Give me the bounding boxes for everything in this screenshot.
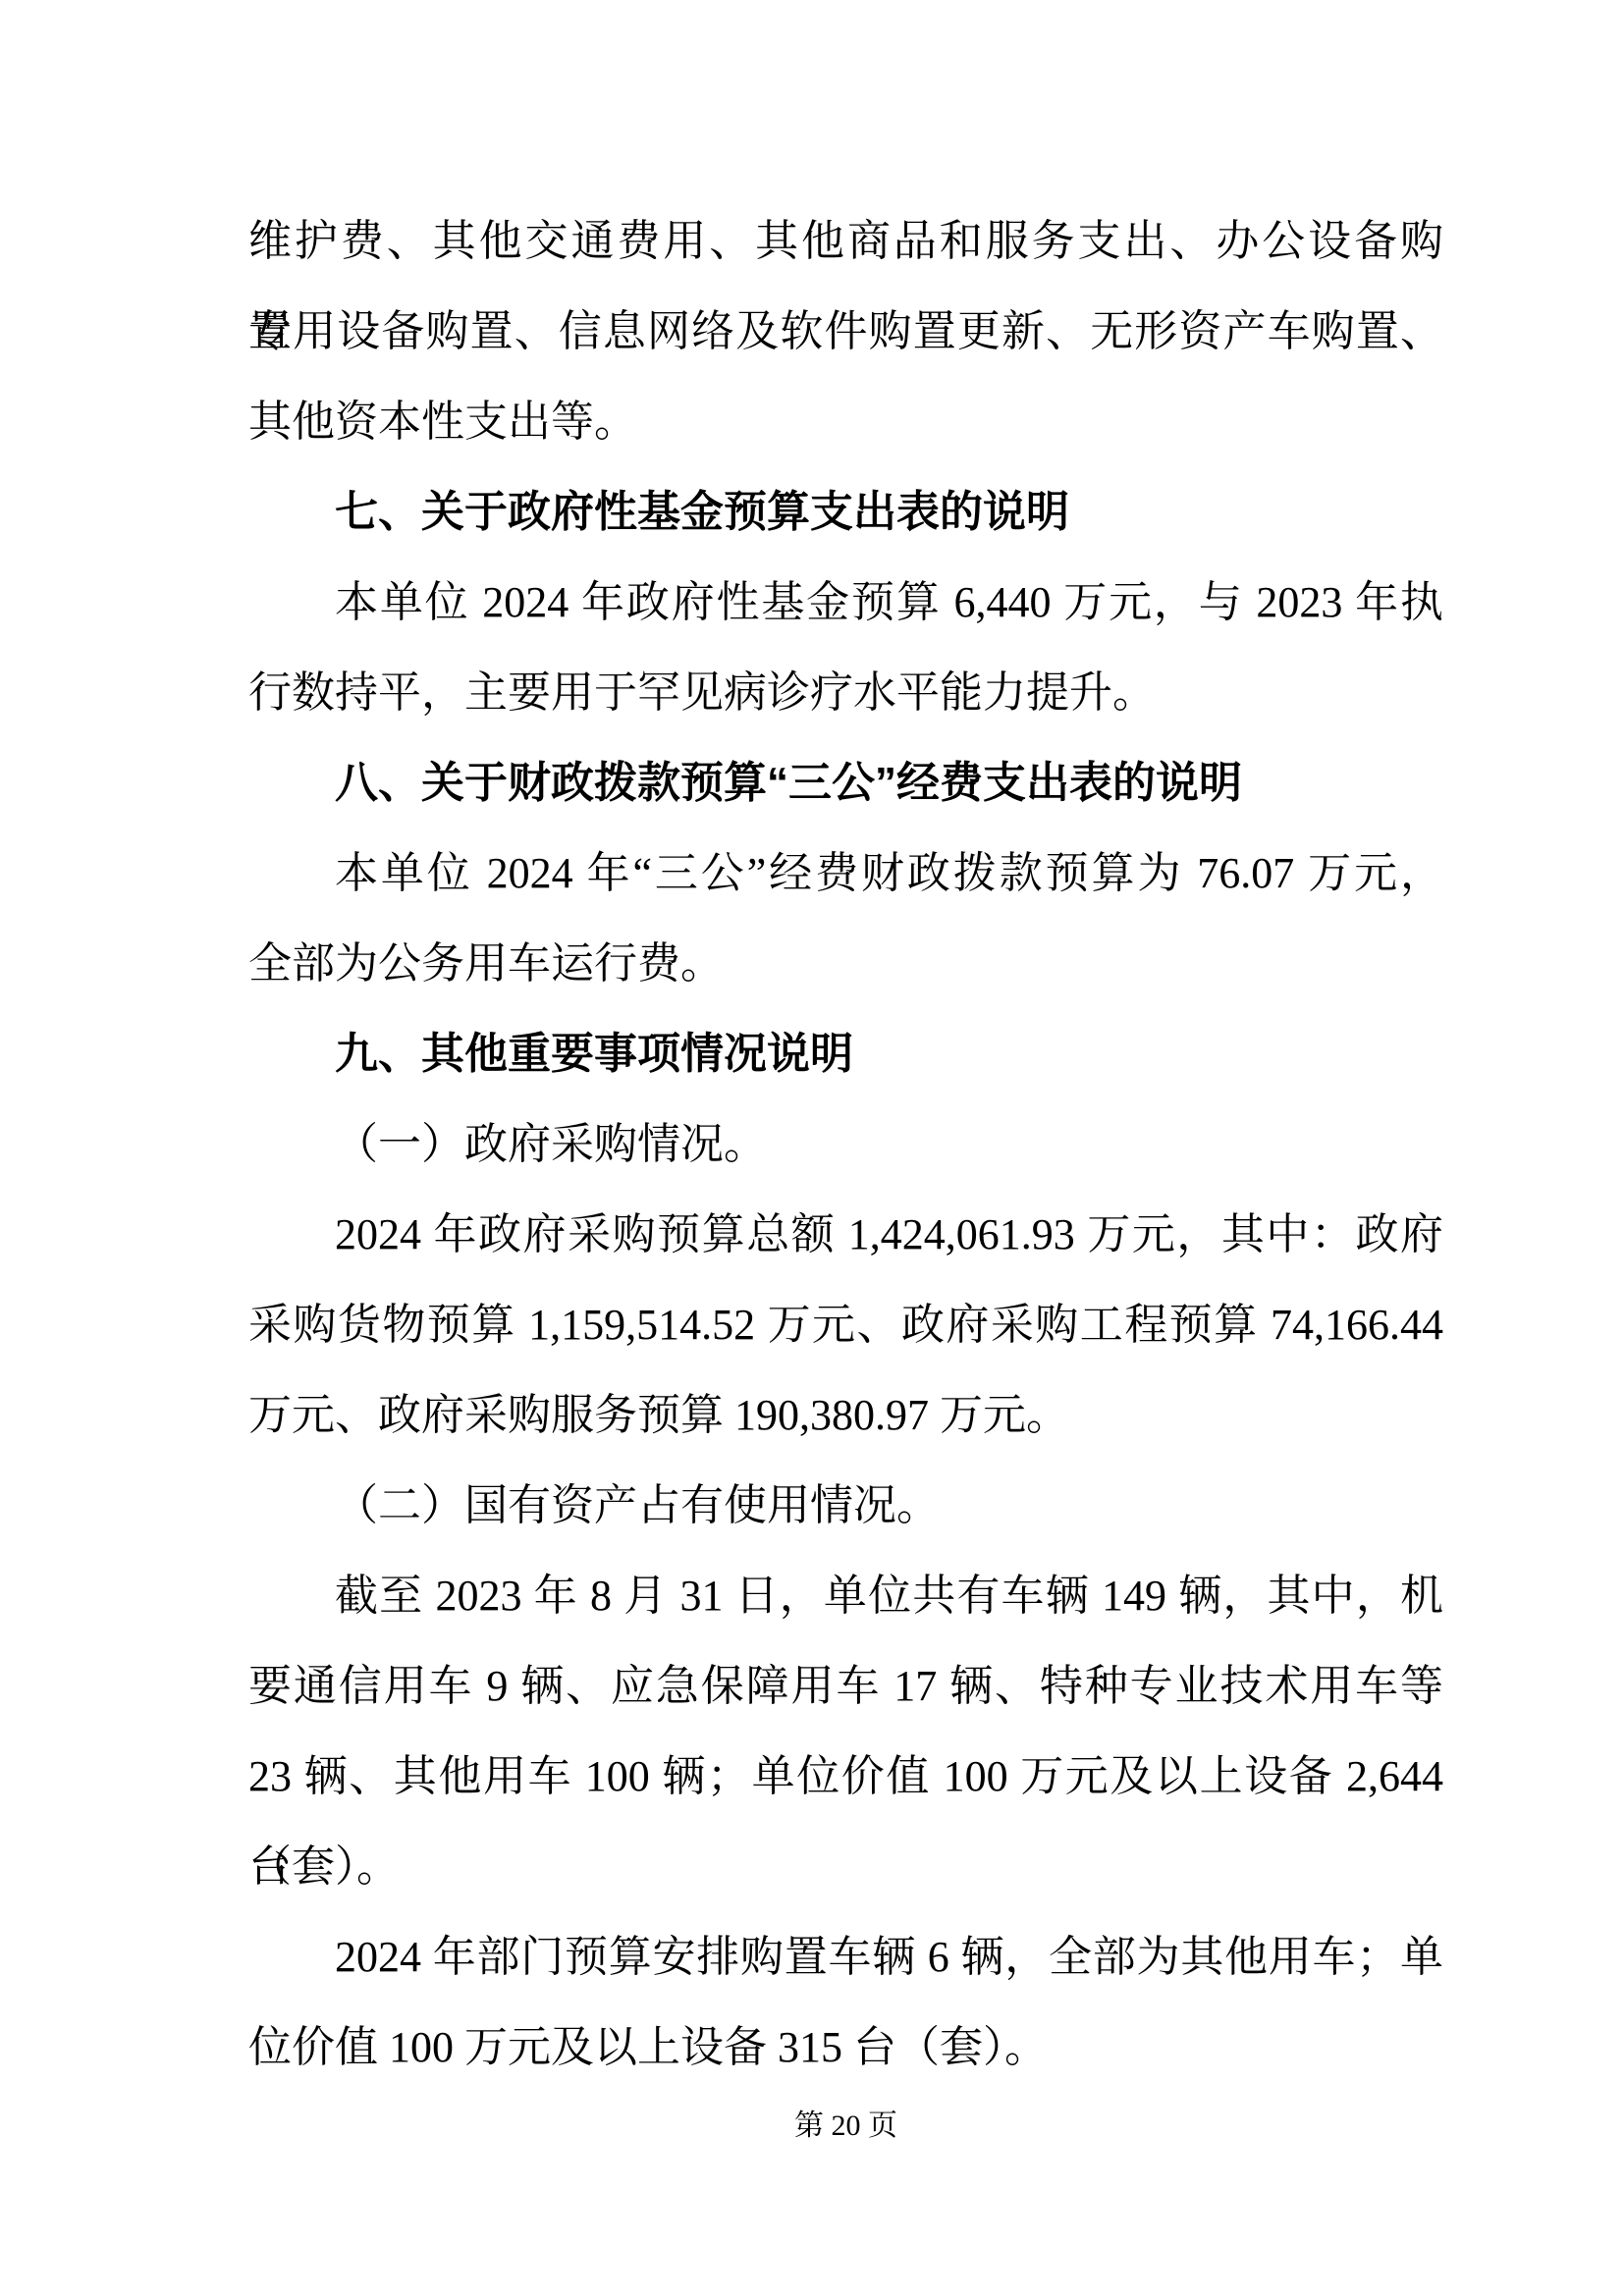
text-line: 本单位 2024 年政府性基金预算 6,440 万元，与 2023 年执 [248, 558, 1443, 648]
text-line: 专用设备购置、信息网络及软件购置更新、无形资产车购置、 [248, 287, 1443, 377]
section-heading: 九、其他重要事项情况说明 [248, 1009, 1443, 1099]
document-page: 维护费、其他交通费用、其他商品和服务支出、办公设备购置、专用设备购置、信息网络及… [0, 0, 1624, 2296]
text-line: 要通信用车 9 辆、应急保障用车 17 辆、特种专业技术用车等 [248, 1641, 1443, 1732]
text-line: 维护费、其他交通费用、其他商品和服务支出、办公设备购置、 [248, 196, 1443, 287]
page-number: 第 20 页 [248, 2107, 1443, 2146]
text-line: （一）政府采购情况。 [248, 1099, 1443, 1190]
section-heading: 七、关于政府性基金预算支出表的说明 [248, 467, 1443, 558]
text-line: 23 辆、其他用车 100 辆；单位价值 100 万元及以上设备 2,644 台 [248, 1732, 1443, 1822]
text-line: 其他资本性支出等。 [248, 377, 1443, 467]
section-heading: 八、关于财政拨款预算“三公”经费支出表的说明 [248, 738, 1443, 828]
text-line: 2024 年部门预算安排购置车辆 6 辆，全部为其他用车；单 [248, 1912, 1443, 2002]
text-block: 维护费、其他交通费用、其他商品和服务支出、办公设备购置、专用设备购置、信息网络及… [248, 196, 1443, 2093]
text-line: 截至 2023 年 8 月 31 日，单位共有车辆 149 辆，其中，机 [248, 1551, 1443, 1641]
text-line: 本单位 2024 年“三公”经费财政拨款预算为 76.07 万元， [248, 828, 1443, 919]
text-line: 2024 年政府采购预算总额 1,424,061.93 万元，其中：政府 [248, 1190, 1443, 1280]
text-line: （套）。 [248, 1822, 1443, 1912]
text-line: 全部为公务用车运行费。 [248, 919, 1443, 1009]
text-line: （二）国有资产占有使用情况。 [248, 1461, 1443, 1551]
text-line: 行数持平，主要用于罕见病诊疗水平能力提升。 [248, 648, 1443, 738]
text-line: 位价值 100 万元及以上设备 315 台（套）。 [248, 2002, 1443, 2093]
text-line: 万元、政府采购服务预算 190,380.97 万元。 [248, 1370, 1443, 1461]
text-line: 采购货物预算 1,159,514.52 万元、政府采购工程预算 74,166.4… [248, 1280, 1443, 1370]
